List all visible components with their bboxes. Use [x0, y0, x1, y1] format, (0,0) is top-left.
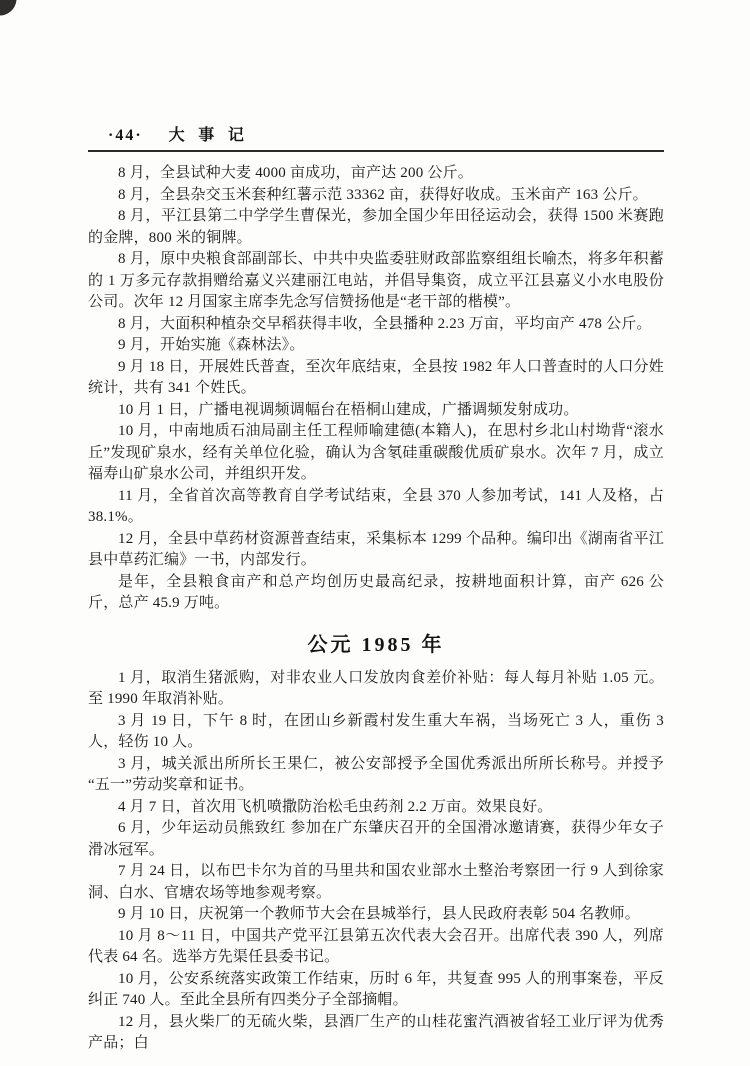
event-paragraph: 8 月，全县试种大麦 4000 亩成功，亩产达 200 公斤。 [88, 163, 664, 185]
event-paragraph: 10 月 8～11 日，中国共产党平江县第五次代表大会召开。出席代表 390 人… [88, 926, 664, 969]
event-paragraph: 12 月，县火柴厂的无硫火柴，县酒厂生产的山桂花蜜汽酒被省轻工业厅评为优秀产品；… [88, 1012, 664, 1055]
event-paragraph: 12 月，全县中草药材资源普查结束，采集标本 1299 个品种。编印出《湖南省平… [88, 529, 664, 572]
year-heading-1985: 公元 1985 年 [88, 628, 664, 657]
event-paragraph: 8 月，原中央粮食部副部长、中共中央监委驻财政部监察组组长喻杰，将多年积蓄的 1… [88, 249, 664, 314]
event-paragraph: 1 月，取消生猪派购，对非农业人口发放肉食差价补贴：每人每月补贴 1.05 元。… [88, 668, 664, 711]
events-section-1984: 8 月，全县试种大麦 4000 亩成功，亩产达 200 公斤。 8 月，全县杂交… [88, 163, 664, 615]
event-paragraph: 10 月，公安系统落实政策工作结束，历时 6 年，共复查 995 人的刑事案卷，… [88, 969, 664, 1012]
event-paragraph: 10 月，中南地质石油局副主任工程师喻建德(本籍人)，在思村乡北山村坳背“滚水丘… [88, 421, 664, 486]
scan-corner-artifact [0, 0, 17, 17]
page-content: ·44· 大事记 8 月，全县试种大麦 4000 亩成功，亩产达 200 公斤。… [88, 122, 664, 1055]
events-section-1985: 1 月，取消生猪派购，对非农业人口发放肉食差价补贴：每人每月补贴 1.05 元。… [88, 668, 664, 1055]
event-paragraph: 8 月，大面积种植杂交早稻获得丰收，全县播种 2.23 万亩，平均亩产 478 … [88, 314, 664, 336]
event-paragraph: 9 月 18 日，开展姓氏普查，至次年底结束，全县按 1982 年人口普查时的人… [88, 357, 664, 400]
event-paragraph: 11 月，全省首次高等教育自学考试结束，全县 370 人参加考试，141 人及格… [88, 486, 664, 529]
event-paragraph: 9 月 10 日，庆祝第一个教师节大会在县城举行，县人民政府表彰 504 名教师… [88, 904, 664, 926]
running-title: 大事记 [169, 122, 258, 145]
event-paragraph: 是年，全县粮食亩产和总产均创历史最高纪录，按耕地面积计算，亩产 626 公斤，总… [88, 572, 664, 615]
event-paragraph: 3 月 19 日，下午 8 时，在团山乡新霞村发生重大车祸，当场死亡 3 人，重… [88, 711, 664, 754]
event-paragraph: 6 月，少年运动员熊致红 参加在广东肇庆召开的全国滑冰邀请赛，获得少年女子滑冰冠… [88, 818, 664, 861]
event-paragraph: 8 月，平江县第二中学学生曹保光，参加全国少年田径运动会，获得 1500 米赛跑… [88, 206, 664, 249]
page-number: ·44· [108, 127, 143, 145]
event-paragraph: 8 月，全县杂交玉米套种红薯示范 33362 亩，获得好收成。玉米亩产 163 … [88, 185, 664, 207]
event-paragraph: 9 月，开始实施《森林法》。 [88, 335, 664, 357]
event-paragraph: 7 月 24 日，以布巴卡尔为首的马里共和国农业部水土整治考察团一行 9 人到徐… [88, 861, 664, 904]
event-paragraph: 10 月 1 日，广播电视调频调幅台在梧桐山建成，广播调频发射成功。 [88, 400, 664, 422]
page-header: ·44· 大事记 [88, 122, 664, 145]
scanned-page: ·44· 大事记 8 月，全县试种大麦 4000 亩成功，亩产达 200 公斤。… [0, 0, 750, 1066]
event-paragraph: 3 月，城关派出所所长王果仁，被公安部授予全国优秀派出所所长称号。并授予“五一”… [88, 754, 664, 797]
header-rule [88, 150, 664, 152]
event-paragraph: 4 月 7 日，首次用飞机喷撒防治松毛虫药剂 2.2 万亩。效果良好。 [88, 797, 664, 819]
